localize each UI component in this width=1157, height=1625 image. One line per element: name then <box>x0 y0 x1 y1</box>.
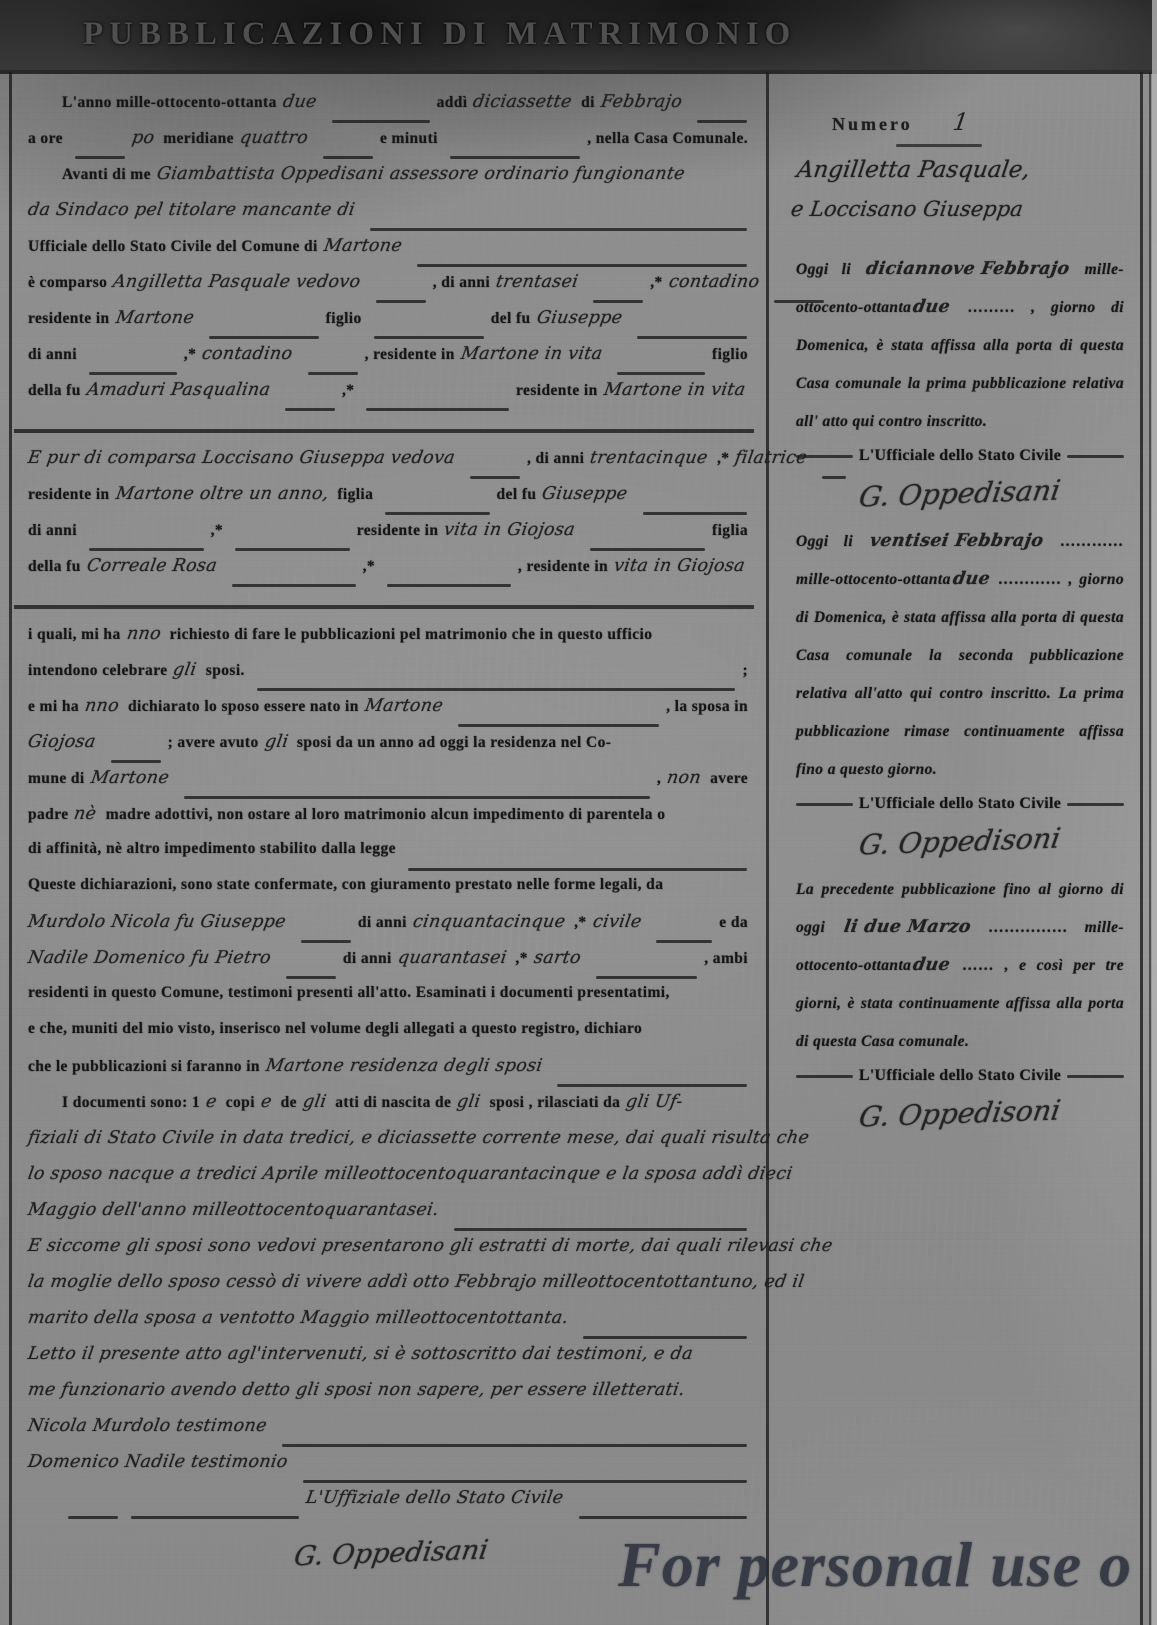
printed-text: di anni <box>343 950 392 968</box>
handwritten-text: E siccome gli sposi sono vedovi presenta… <box>26 1236 834 1256</box>
right-border-rule-inner <box>1149 72 1151 1625</box>
signature-line: G. Oppedisoni <box>796 1087 1124 1139</box>
rule-segment <box>796 455 853 458</box>
printed-text: , residente in <box>365 346 455 364</box>
printed-text: , la sposa in <box>666 698 748 716</box>
ruled-blank-line <box>231 578 357 592</box>
printed-text: e da <box>719 914 748 932</box>
printed-text: meridiane <box>163 130 234 148</box>
document-line: Ufficiale dello Stato Civile del Comune … <box>28 236 754 272</box>
document-line: L'anno mille-ottocento-ottantadueaddìdic… <box>28 92 754 128</box>
handwritten-text: vita in Giojosa <box>612 556 746 576</box>
printed-text: ,* <box>184 346 196 364</box>
printed-text: ,* <box>515 950 527 968</box>
ruled-blank-line <box>300 934 352 948</box>
document-line: la moglie dello sposo cessò di vivere ad… <box>28 1272 754 1308</box>
ruled-blank-line <box>74 150 126 164</box>
column-divider-rule <box>766 72 769 1625</box>
document-line: e mi hannodichiarato lo sposo essere nat… <box>28 696 754 732</box>
ruled-blank-line <box>384 506 490 520</box>
scan-edge-strip <box>1152 0 1157 1625</box>
document-line: che le pubblicazioni si faranno inMarton… <box>28 1056 754 1092</box>
printed-text: dichiarato lo sposo essere nato in <box>128 698 359 716</box>
ruled-blank-line <box>285 970 337 984</box>
handwritten-text: nè <box>73 804 98 824</box>
handwritten-text: Domenico Nadile testimonio <box>26 1452 289 1472</box>
handwritten-text: civile <box>591 912 643 932</box>
printed-text: ……… , giorno di Domenica, è stata affiss… <box>796 299 1124 430</box>
ruled-blank-line <box>636 330 748 344</box>
right-border-rule-outer <box>1140 72 1143 1625</box>
document-line: L'Uffiziale dello Stato Civile <box>28 1488 754 1524</box>
printed-text: è comparso <box>28 274 107 292</box>
document-line: fiziali di Stato Civile in data tredici,… <box>28 1128 754 1164</box>
ruled-blank-line <box>110 754 162 768</box>
handwritten-text: Nicola Murdolo testimone <box>26 1416 268 1436</box>
handwritten-text: Giuseppe <box>541 484 630 504</box>
ruled-blank-line <box>457 718 660 732</box>
printed-text: ,* <box>342 382 354 400</box>
printed-text: e che, muniti del mio visto, inserisco n… <box>28 1020 642 1038</box>
officer-signature: G. Oppedisoni <box>857 1093 1063 1133</box>
rule-segment <box>1067 1075 1124 1078</box>
handwritten-text: due <box>281 92 318 112</box>
ruled-blank-line <box>88 542 205 556</box>
printed-text: residente in <box>357 522 439 540</box>
document-line: di anni,*contadino, residente inMartone … <box>28 344 754 380</box>
printed-text: della fu <box>28 558 81 576</box>
ruled-blank-line <box>369 222 748 236</box>
handwritten-text: fiziali di Stato Civile in data tredici,… <box>26 1128 810 1148</box>
document-line: E siccome gli sposi sono vedovi presenta… <box>28 1236 754 1272</box>
handwritten-text: contadino <box>201 344 295 364</box>
ruled-blank-line <box>284 402 336 416</box>
printed-text: intendono celebrare <box>28 662 167 680</box>
rule-segment <box>1067 803 1124 806</box>
printed-text: e minuti <box>380 130 438 148</box>
document-line: da Sindaco pel titolare mancante di <box>28 200 754 236</box>
ruled-blank-line <box>375 294 427 308</box>
handwritten-text: li due Marzo <box>842 917 972 937</box>
handwritten-text: Giuseppe <box>535 308 624 328</box>
officer-signature: G. Oppedisani <box>292 1534 490 1572</box>
document-line: E pur di comparsa Loccisano Giuseppa ved… <box>28 448 754 484</box>
document-line: mune diMartone,nonavere <box>28 768 754 804</box>
numero-underline <box>896 144 982 147</box>
signature-line: G. Oppedisani <box>796 467 1124 519</box>
printed-text: residenti in questo Comune, testimoni pr… <box>28 984 670 1002</box>
document-line: padrenèmadre adottivi, non ostare al lor… <box>28 804 754 840</box>
handwritten-text: Giojosa <box>26 732 97 752</box>
document-line: di affinità, nè altro impedimento stabil… <box>28 840 754 876</box>
document-line: e che, muniti del mio visto, inserisco n… <box>28 1020 754 1056</box>
document-line: i quali, mi hannorichiesto di fare le pu… <box>28 624 754 660</box>
handwritten-text: Correale Rosa <box>85 556 218 576</box>
ruled-blank-line <box>88 366 178 380</box>
handwritten-text: Nadile Domenico fu Pietro <box>26 948 272 968</box>
document-line: residenti in questo Comune, testimoni pr… <box>28 984 754 1020</box>
document-line: lo sposo nacque a tredici Aprile milleot… <box>28 1164 754 1200</box>
ruled-blank-line <box>469 470 521 484</box>
signature-line: G. Oppedisoni <box>796 815 1124 867</box>
handwritten-text: contadino <box>667 272 761 292</box>
officer-signature: G. Oppedisoni <box>857 821 1063 861</box>
official-title-label: L'Ufficiale dello Stato Civile <box>859 1067 1061 1085</box>
printed-text: ,* <box>574 914 586 932</box>
printed-text: di anni <box>358 914 407 932</box>
ruled-blank-line <box>302 1474 748 1488</box>
printed-text: che le pubblicazioni si faranno in <box>28 1058 260 1076</box>
printed-text: copi <box>226 1094 255 1112</box>
numero-row: Numero1 <box>832 108 1124 136</box>
ruled-blank-line <box>416 258 748 272</box>
document-line: Murdolo Nicola fu Giuseppedi annicinquan… <box>28 912 754 948</box>
document-line: Avanti di meGiambattista Oppedisani asse… <box>28 164 754 200</box>
handwritten-text: vita in Giojosa <box>443 520 577 540</box>
document-line: della fuAmaduri Pasqualina,*residente in… <box>28 380 754 416</box>
ruled-blank-line <box>183 790 651 804</box>
ruled-blank-line <box>365 402 510 416</box>
document-line: Maggio dell'anno milleottocentoquarantas… <box>28 1200 754 1236</box>
handwritten-text: gli Uf- <box>625 1092 685 1112</box>
section-divider-rule <box>14 429 754 433</box>
printed-text: Avanti di me <box>62 166 151 184</box>
numero-label: Numero <box>832 114 913 135</box>
printed-text: della fu <box>28 382 81 400</box>
handwritten-text: non <box>666 768 703 788</box>
printed-text: avere <box>710 770 748 788</box>
printed-text: di anni <box>28 346 77 364</box>
ruled-blank-line <box>595 970 699 984</box>
printed-text: residente in <box>28 310 110 328</box>
document-line: me funzionario avendo detto gli sposi no… <box>28 1380 754 1416</box>
handwritten-text: ventisei Febbrajo <box>869 531 1045 551</box>
handwritten-text: Martone oltre un anno, <box>114 484 330 504</box>
printed-text: i quali, mi ha <box>28 626 121 644</box>
printed-text: ,* <box>717 450 729 468</box>
rule-segment <box>796 803 853 806</box>
printed-text: , ambi <box>704 950 748 968</box>
ruled-blank-line <box>234 542 351 556</box>
publication-note: Oggi li diciannove Febbrajo mille-ottoce… <box>796 251 1124 441</box>
ruled-blank-line <box>453 1222 748 1236</box>
handwritten-text: da Sindaco pel titolare mancante di <box>26 200 356 220</box>
document-line: della fuCorreale Rosa,*, residente invit… <box>28 556 754 592</box>
document-line: Nicola Murdolo testimone <box>28 1416 754 1452</box>
handwritten-text: due <box>912 297 952 317</box>
printed-text: , di anni <box>527 450 584 468</box>
document-line: marito della sposa a ventotto Maggio mil… <box>28 1308 754 1344</box>
handwritten-text: Murdolo Nicola fu Giuseppe <box>26 912 287 932</box>
printed-text: ………… , giorno di Domenica, è stata affis… <box>796 571 1124 778</box>
handwritten-text: Martone in vita <box>459 344 604 364</box>
official-title-line: L'Ufficiale dello Stato Civile <box>796 447 1124 465</box>
printed-text: del fu <box>491 310 531 328</box>
ruled-blank-line <box>281 1438 748 1452</box>
handwritten-text: gli <box>172 660 198 680</box>
handwritten-text: diciannove Febbrajo <box>865 259 1072 279</box>
rule-segment <box>1067 455 1124 458</box>
ruled-blank-line <box>322 150 374 164</box>
section-divider-rule <box>14 605 754 609</box>
margin-notes-column: Numero1Angilletta Pasquale,e Loccisano G… <box>770 86 1140 1139</box>
printed-text: L'anno mille-ottocento-ottanta <box>62 94 277 112</box>
handwritten-text: quattro <box>238 128 309 148</box>
watermark: For personal use o <box>618 1528 1132 1602</box>
printed-text: e mi ha <box>28 698 79 716</box>
official-title-label: L'Ufficiale dello Stato Civile <box>859 795 1061 813</box>
ruled-blank-line <box>578 1510 748 1524</box>
printed-text: figlia <box>712 522 748 540</box>
handwritten-text: trentacinque <box>589 448 710 468</box>
handwritten-text: gli <box>301 1092 327 1112</box>
printed-text: , <box>657 770 661 788</box>
handwritten-text: e <box>259 1092 273 1112</box>
handwritten-text: Giambattista Oppedisani assessore ordina… <box>155 164 686 184</box>
marriage-publication-document: PUBBLICAZIONI DI MATRIMONIO L'anno mille… <box>0 0 1157 1625</box>
document-line: a orepomeridianequattroe minuti, nella C… <box>28 128 754 164</box>
printed-text: figlia <box>337 486 373 504</box>
printed-text: sposi da un anno ad oggi la residenza ne… <box>297 734 611 752</box>
handwritten-text: sarto <box>532 948 582 968</box>
handwritten-text: gli <box>456 1092 482 1112</box>
document-line: residente inMartonefigliodel fuGiuseppe <box>28 308 754 344</box>
printed-text: sposi. <box>206 662 245 680</box>
handwritten-text: marito della sposa a ventotto Maggio mil… <box>26 1308 570 1328</box>
handwritten-text: due <box>912 955 952 975</box>
ruled-blank-line <box>407 862 748 876</box>
ruled-blank-line <box>556 1078 748 1092</box>
handwritten-text: gli <box>263 732 289 752</box>
rule-segment <box>796 1075 853 1078</box>
handwritten-text: Letto il presente atto agl'intervenuti, … <box>26 1344 694 1364</box>
ruled-blank-line <box>655 934 713 948</box>
ruled-blank-line <box>256 682 737 696</box>
handwritten-text: due <box>951 569 991 589</box>
printed-text: madre adottivi, non ostare al loro matri… <box>106 806 666 824</box>
handwritten-text: Amaduri Pasqualina <box>85 380 271 400</box>
ruled-blank-line <box>331 114 431 128</box>
handwritten-text: diciassette <box>472 92 574 112</box>
ruled-blank-line <box>582 1330 748 1344</box>
printed-text: ,* <box>211 522 223 540</box>
handwritten-text: Martone in vita <box>602 380 747 400</box>
spouse-name-line: e Loccisano Giuseppa <box>787 197 1127 237</box>
top-border-rule <box>0 70 1157 74</box>
ruled-blank-line <box>386 578 512 592</box>
printed-text: di anni <box>28 522 77 540</box>
printed-text: , residente in <box>518 558 608 576</box>
official-title-label: L'Ufficiale dello Stato Civile <box>859 447 1061 465</box>
document-line: Letto il presente atto agl'intervenuti, … <box>28 1344 754 1380</box>
printed-text: ; <box>742 662 748 680</box>
handwritten-text: me funzionario avendo detto gli sposi no… <box>26 1380 686 1400</box>
printed-text: Oggi li <box>796 261 864 278</box>
handwritten-text: lo sposo nacque a tredici Aprile milleot… <box>26 1164 793 1184</box>
printed-text: richiesto di fare le pubblicazioni pel m… <box>170 626 653 644</box>
printed-text: di <box>581 94 595 112</box>
handwritten-text: quarantasei <box>396 948 508 968</box>
numero-value: 1 <box>951 108 970 136</box>
left-border-rule <box>9 72 12 1625</box>
ruled-blank-line <box>642 506 748 520</box>
ruled-blank-line <box>307 366 359 380</box>
ruled-blank-line <box>373 330 485 344</box>
handwritten-text: L'Uffiziale dello Stato Civile <box>305 1488 566 1508</box>
document-line: residente inMartone oltre un anno,figlia… <box>28 484 754 520</box>
printed-text: padre <box>28 806 68 824</box>
handwritten-text: Martone residenza degli sposi <box>264 1056 544 1076</box>
document-line: Giojosa; avere avutoglisposi da un anno … <box>28 732 754 768</box>
document-line: intendono celebrareglisposi.; <box>28 660 754 696</box>
printed-text: I documenti sono: 1 <box>62 1094 200 1112</box>
printed-text: addì <box>437 94 468 112</box>
handwritten-text: trentasei <box>495 272 580 292</box>
ruled-blank-line <box>67 1510 119 1524</box>
handwritten-text: cinquantacinque <box>411 912 566 932</box>
printed-text: figlio <box>326 310 362 328</box>
printed-text: ,* <box>363 558 375 576</box>
ruled-blank-line <box>589 542 706 556</box>
printed-text: , nella Casa Comunale. <box>587 130 748 148</box>
printed-text: Oggi li <box>796 533 868 550</box>
document-line: Nadile Domenico fu Pietrodi anniquaranta… <box>28 948 754 984</box>
handwritten-text: Martone <box>363 696 444 716</box>
printed-text: Ufficiale dello Stato Civile del Comune … <box>28 238 318 256</box>
printed-text: ; avere avuto <box>168 734 259 752</box>
ruled-blank-line <box>592 294 644 308</box>
document-line: I documenti sono: 1ecopiedegliatti di na… <box>28 1092 754 1128</box>
publication-note: La precedente pubblicazione fino al gior… <box>796 871 1124 1061</box>
printed-text: figlio <box>712 346 748 364</box>
ruled-blank-line <box>696 114 748 128</box>
printed-text: residente in <box>28 486 110 504</box>
printed-text: de <box>281 1094 297 1112</box>
handwritten-text: Angilletta Pasquale vedovo <box>112 272 363 292</box>
official-title-line: L'Ufficiale dello Stato Civile <box>796 1067 1124 1085</box>
main-act-column: L'anno mille-ottocento-ottantadueaddìdic… <box>14 86 758 1582</box>
handwritten-text: nno <box>125 624 162 644</box>
printed-text: ,* <box>650 274 662 292</box>
spouses-names: Angilletta Pasquale,e Loccisano Giuseppa <box>796 157 1124 237</box>
printed-text: mune di <box>28 770 85 788</box>
handwritten-text: e <box>204 1092 218 1112</box>
ruled-blank-line <box>130 1510 300 1524</box>
printed-text: residente in <box>516 382 598 400</box>
handwritten-text: Febbrajo <box>599 92 683 112</box>
handwritten-text: po <box>130 128 156 148</box>
printed-text: del fu <box>497 486 537 504</box>
handwritten-text: nno <box>83 696 120 716</box>
ruled-blank-line <box>616 366 706 380</box>
publication-note: Oggi li ventisei Febbrajo ………… mille-ott… <box>796 523 1124 789</box>
printed-text: a ore <box>28 130 63 148</box>
spouse-name-line: Angilletta Pasquale, <box>793 157 1127 197</box>
printed-text: di affinità, nè altro impedimento stabil… <box>28 840 396 858</box>
handwritten-text: Martone <box>89 768 170 788</box>
ruled-blank-line <box>208 330 320 344</box>
document-line: Queste dichiarazioni, sono state conferm… <box>28 876 754 912</box>
officer-signature: G. Oppedisani <box>857 473 1063 513</box>
document-line: di anni,*residente invita in Giojosafigl… <box>28 520 754 556</box>
ruled-blank-line <box>449 150 581 164</box>
printed-text: , di anni <box>433 274 490 292</box>
printed-text: Queste dichiarazioni, sono state conferm… <box>28 876 663 894</box>
printed-text: sposi , rilasciati da <box>490 1094 621 1112</box>
document-line: Domenico Nadile testimonio <box>28 1452 754 1488</box>
handwritten-text: Martone <box>114 308 195 328</box>
page-title: PUBBLICAZIONI DI MATRIMONIO <box>0 16 879 53</box>
printed-text: atti di nascita de <box>335 1094 451 1112</box>
handwritten-text: Martone <box>322 236 403 256</box>
document-line: è comparsoAngilletta Pasquale vedovo, di… <box>28 272 754 308</box>
official-title-line: L'Ufficiale dello Stato Civile <box>796 795 1124 813</box>
handwritten-text: Maggio dell'anno milleottocentoquarantas… <box>26 1200 440 1220</box>
handwritten-text: E pur di comparsa Loccisano Giuseppa ved… <box>26 448 456 468</box>
handwritten-text: la moglie dello sposo cessò di vivere ad… <box>26 1272 805 1292</box>
